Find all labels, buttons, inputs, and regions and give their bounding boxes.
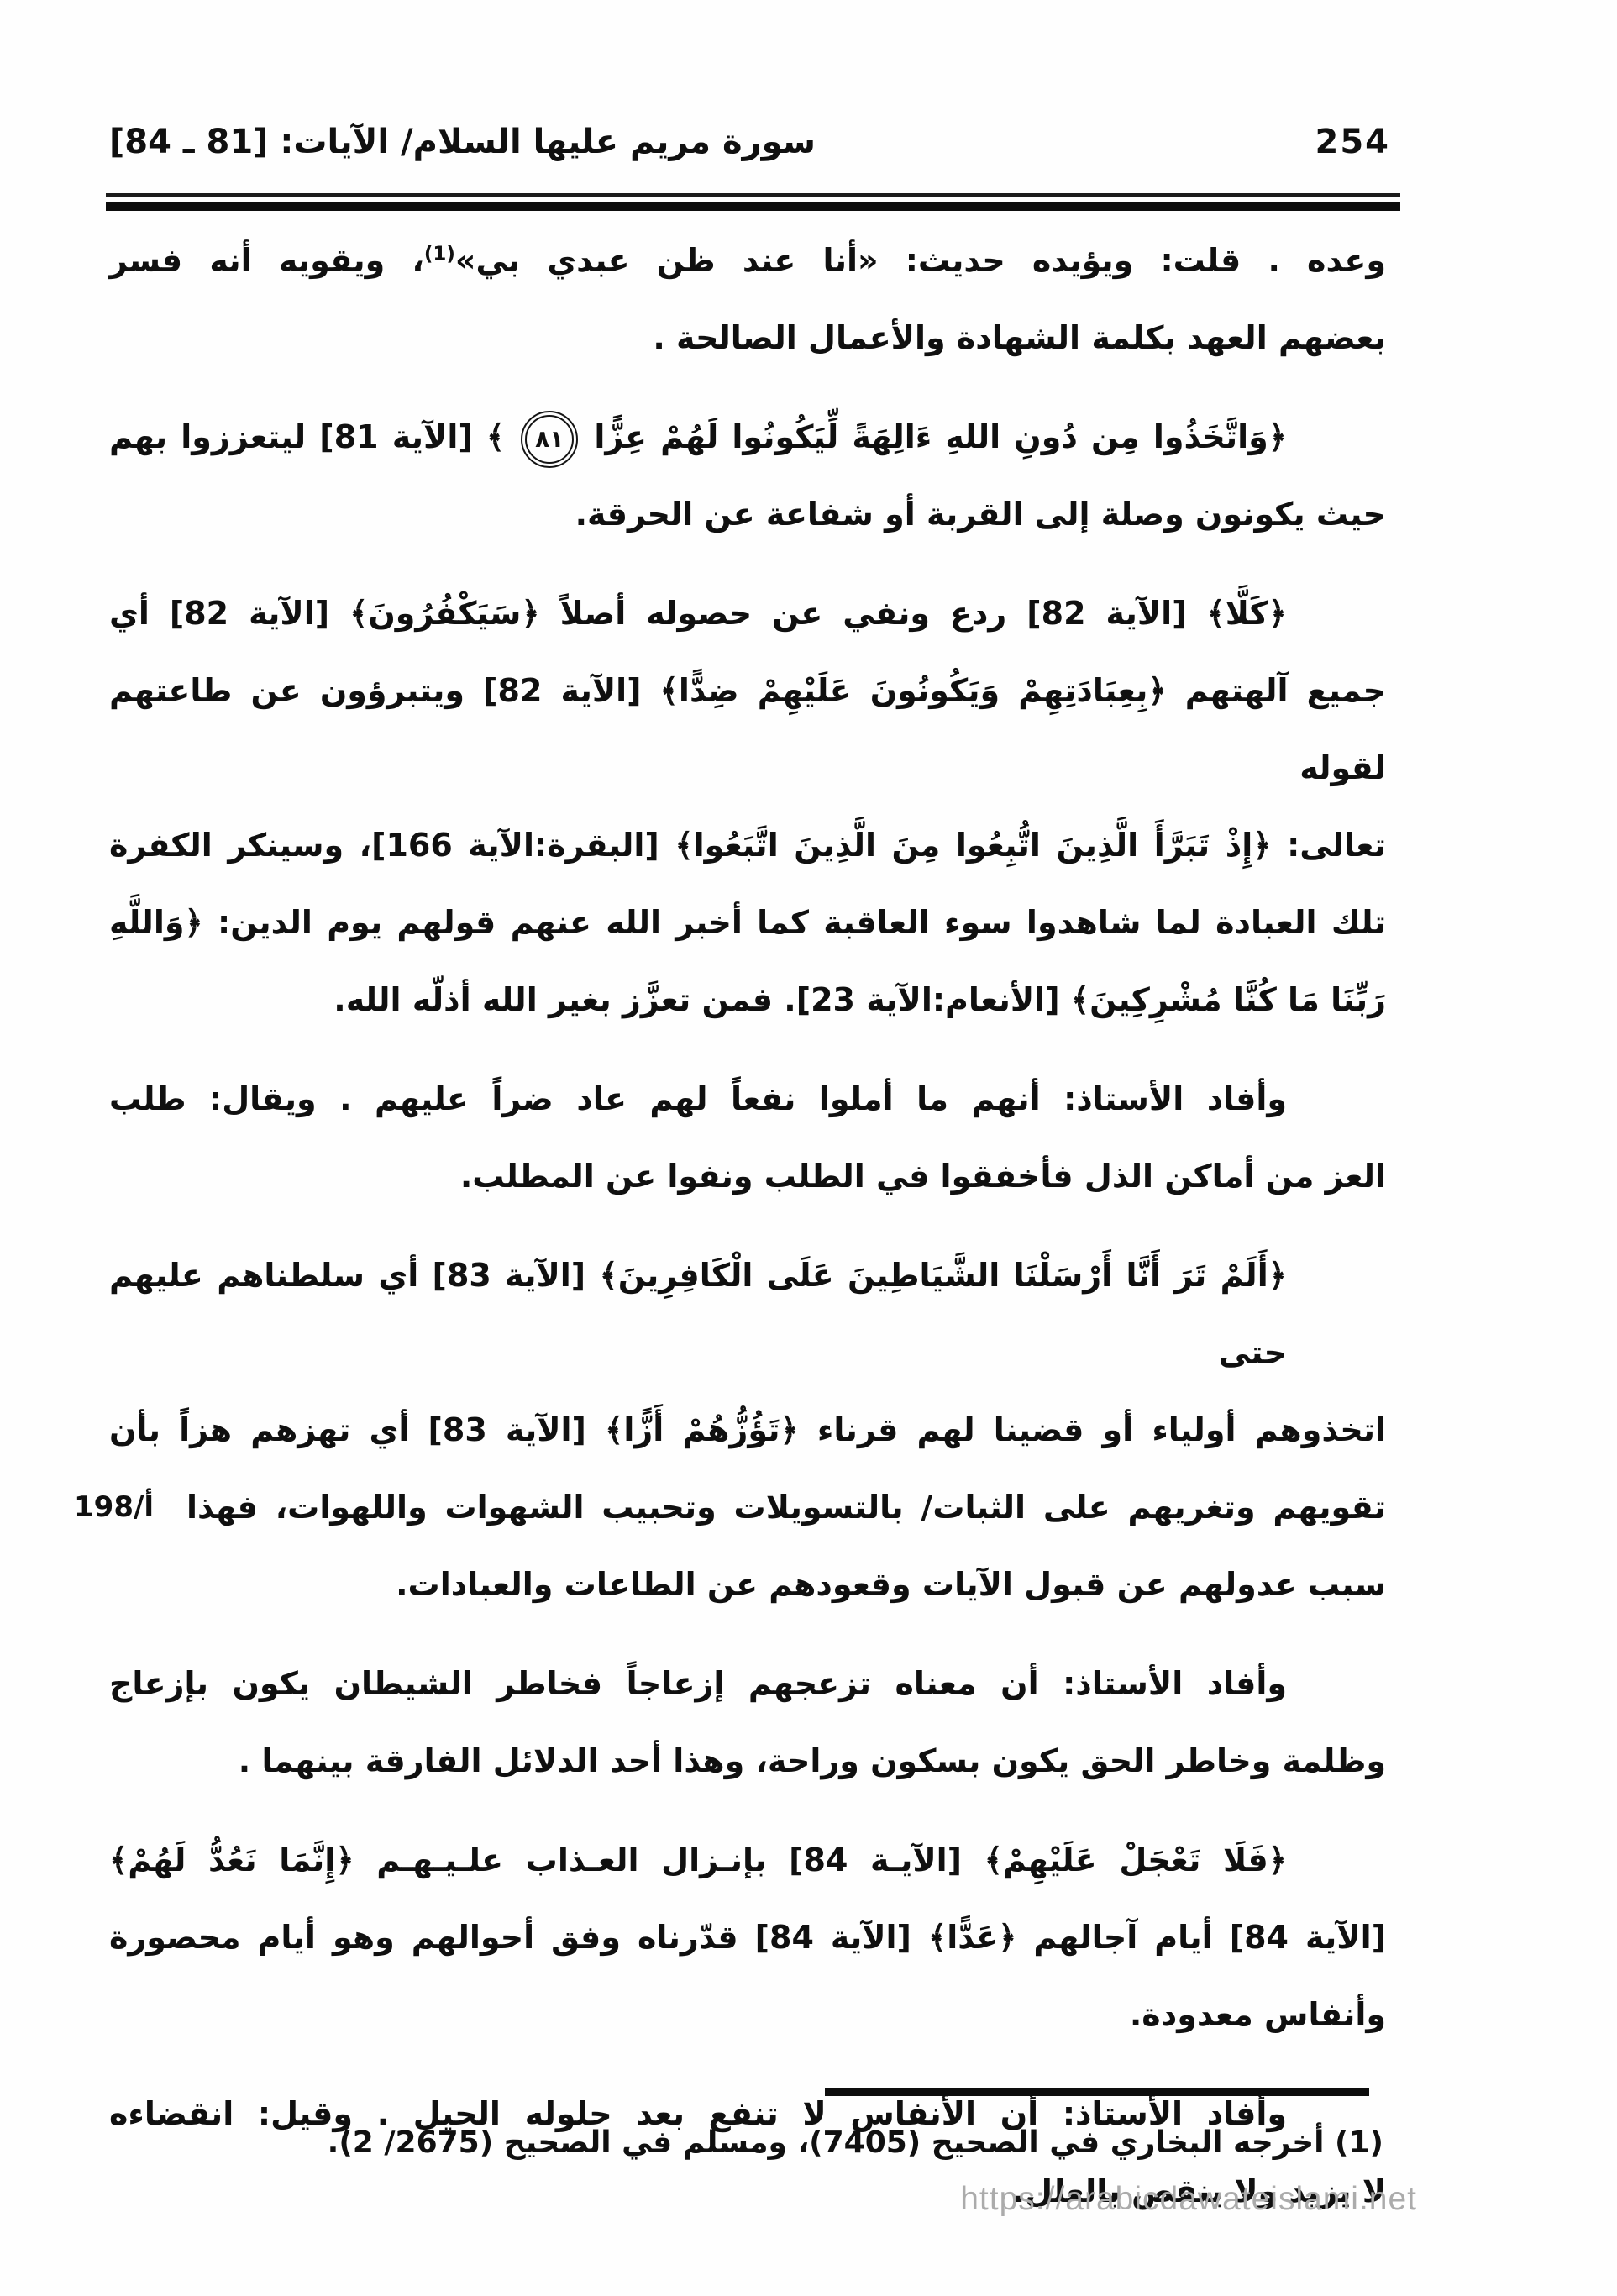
header-rule-thin bbox=[106, 193, 1400, 197]
watermark-url: https://arabicdawateislami.net bbox=[960, 2181, 1417, 2218]
text-line: العز من أماكن الذل فأخفقوا في الطلب ونفو… bbox=[109, 1137, 1386, 1215]
paragraph: وعده . قلت: ويؤيده حديث: «أنا عند ظن عبد… bbox=[109, 222, 1386, 376]
folio-margin-note: أ/198 bbox=[74, 1468, 154, 1546]
text-line: رَبِّنَا مَا كُنَّا مُشْرِكِينَ﴾ [الأنعا… bbox=[109, 961, 1386, 1038]
text-line: وظلمة وخاطر الحق يكون بسكون وراحة، وهذا … bbox=[109, 1722, 1386, 1799]
text-line: وعده . قلت: ويؤيده حديث: «أنا عند ظن عبد… bbox=[109, 222, 1386, 299]
text-line: ﴿كَلَّا﴾ [الآية 82] ردع ونفي عن حصوله أص… bbox=[109, 575, 1386, 652]
text-line: اتخذوهم أولياء أو قضينا لهم قرناء ﴿تَؤُز… bbox=[109, 1391, 1386, 1468]
footnote-ref: (1) bbox=[424, 243, 455, 265]
text-line: تعالى: ﴿إِذْ تَبَرَّأَ الَّذِينَ اتُّبِع… bbox=[109, 806, 1386, 884]
ayah-number-medallion: ٨١ bbox=[525, 415, 574, 464]
text-line: سبب عدولهم عن قبول الآيات وقعودهم عن الط… bbox=[109, 1546, 1386, 1623]
text-line: حيث يكونون وصلة إلى القربة أو شفاعة عن ا… bbox=[109, 475, 1386, 553]
paragraph: ﴿وَاتَّخَذُوا مِن دُونِ اللهِ ءَالِهَةً … bbox=[109, 398, 1386, 553]
text-line: أ/198تقويهم وتغريهم على الثبات/ بالتسويل… bbox=[109, 1468, 1386, 1546]
text-line: وأفاد الأستاذ: أن معناه تزعجهم إزعاجاً ف… bbox=[109, 1645, 1386, 1722]
text-line: جميع آلهتهم ﴿بِعِبَادَتِهِمْ وَيَكُونُون… bbox=[109, 652, 1386, 806]
book-page: 254 سورة مريم عليها السلام/ الآيات: [81 … bbox=[0, 0, 1617, 2296]
text-line: تلك العبادة لما شاهدوا سوء العاقبة كما أ… bbox=[109, 884, 1386, 961]
paragraph: ﴿كَلَّا﴾ [الآية 82] ردع ونفي عن حصوله أص… bbox=[109, 575, 1386, 1038]
page-header: 254 سورة مريم عليها السلام/ الآيات: [81 … bbox=[109, 123, 1390, 161]
text-line: وأفاد الأستاذ: أنهم ما أملوا نفعاً لهم ع… bbox=[109, 1060, 1386, 1137]
paragraph: وأفاد الأستاذ: أن معناه تزعجهم إزعاجاً ف… bbox=[109, 1645, 1386, 1799]
running-header-title: سورة مريم عليها السلام/ الآيات: [81 ـ 84… bbox=[109, 123, 816, 161]
text-line: [الآية 84] أيام آجالهم ﴿عَدًّا﴾ [الآية 8… bbox=[109, 1899, 1386, 1976]
text-line: ﴿فَلَا تَعْجَلْ عَلَيْهِمْ﴾ [الآيـة 84] … bbox=[109, 1821, 1386, 1899]
footnote-text: (1) أخرجه البخاري في الصحيح (7405)، ومسل… bbox=[109, 2110, 1383, 2176]
header-rule-thick bbox=[106, 202, 1400, 211]
paragraph: وأفاد الأستاذ: أنهم ما أملوا نفعاً لهم ع… bbox=[109, 1060, 1386, 1215]
text-line: وأنفاس معدودة. bbox=[109, 1976, 1386, 2053]
page-number: 254 bbox=[1315, 123, 1391, 161]
paragraph: ﴿أَلَمْ تَرَ أَنَّا أَرْسَلْنَا الشَّيَا… bbox=[109, 1237, 1386, 1623]
text-line: ﴿أَلَمْ تَرَ أَنَّا أَرْسَلْنَا الشَّيَا… bbox=[109, 1237, 1386, 1391]
paragraph: ﴿فَلَا تَعْجَلْ عَلَيْهِمْ﴾ [الآيـة 84] … bbox=[109, 1821, 1386, 2053]
text-line: بعضهم العهد بكلمة الشهادة والأعمال الصال… bbox=[109, 299, 1386, 376]
body-text: وعده . قلت: ويؤيده حديث: «أنا عند ظن عبد… bbox=[109, 222, 1386, 2251]
text-line: ﴿وَاتَّخَذُوا مِن دُونِ اللهِ ءَالِهَةً … bbox=[109, 398, 1386, 475]
footnote-separator-rule bbox=[825, 2088, 1369, 2096]
